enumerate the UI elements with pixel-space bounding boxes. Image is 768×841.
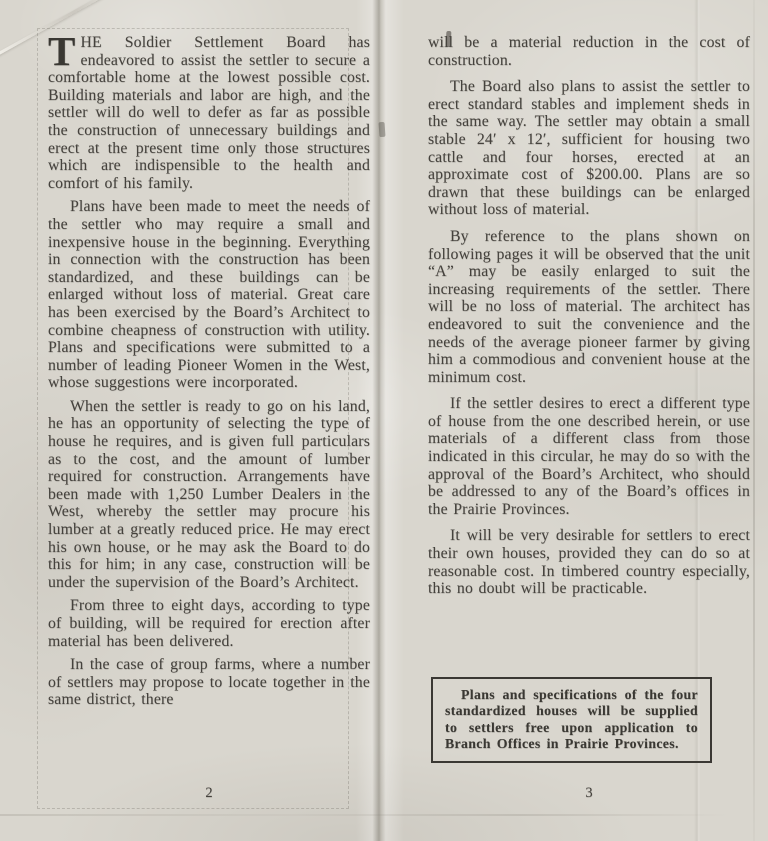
notice-box: Plans and specifications of the four sta…	[431, 677, 712, 763]
paragraph-text: HE Soldier Settlement Board has endeavor…	[48, 34, 370, 192]
bottom-crease	[0, 814, 768, 816]
paragraph: In the case of group farms, where a numb…	[48, 656, 370, 709]
paragraph: THE Soldier Settlement Board has endeavo…	[48, 34, 370, 192]
paragraph: From three to eight days, according to t…	[48, 597, 370, 650]
paragraph: will be a material reduction in the cost…	[428, 34, 750, 69]
ink-smudge	[378, 122, 385, 137]
left-page-text-column: THE Soldier Settlement Board has endeavo…	[48, 34, 370, 709]
paragraph: Plans have been made to meet the needs o…	[48, 198, 370, 392]
page-edge-line	[753, 0, 755, 841]
paragraph: By reference to the plans shown on follo…	[428, 228, 750, 386]
paragraph: If the settler desires to erect a differ…	[428, 395, 750, 518]
paragraph: It will be very desirable for settlers t…	[428, 527, 750, 597]
paragraph: When the settler is ready to go on his l…	[48, 398, 370, 592]
page-number-right: 3	[428, 785, 750, 802]
page-number-left: 2	[48, 785, 370, 802]
paragraph: The Board also plans to assist the settl…	[428, 78, 750, 219]
drop-cap: T	[48, 34, 81, 67]
right-page-text-column: will be a material reduction in the cost…	[428, 34, 750, 598]
